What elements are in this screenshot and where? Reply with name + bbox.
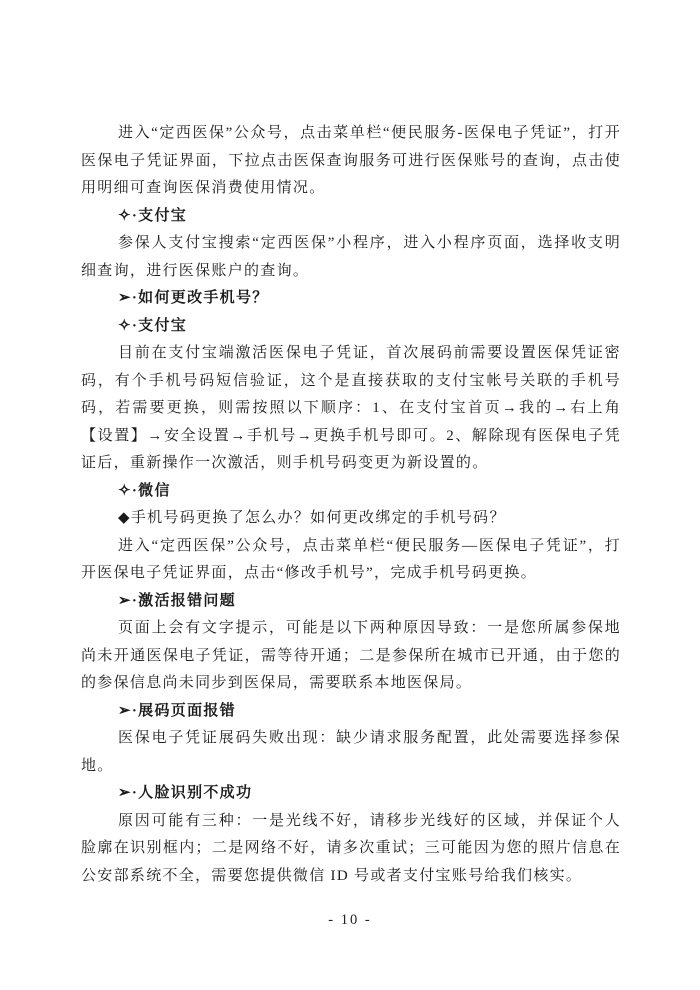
- paragraph-wechat-query: 进入“定西医保”公众号，点击菜单栏“便民服务-医保电子凭证”，打开医保电子凭证界…: [81, 120, 621, 203]
- document-page: 进入“定西医保”公众号，点击菜单栏“便民服务-医保电子凭证”，打开医保电子凭证界…: [0, 0, 700, 990]
- heading-alipay-2-label: 支付宝: [138, 318, 187, 334]
- arrowhead-icon: ➢·: [118, 593, 138, 609]
- arrowhead-icon: ➢·: [118, 785, 138, 801]
- heading-change-phone: ➢·如何更改手机号？: [81, 285, 621, 313]
- document-content: 进入“定西医保”公众号，点击菜单栏“便民服务-医保电子凭证”，打开医保电子凭证界…: [81, 120, 621, 890]
- paragraph-alipay-phone: 目前在支付宝端激活医保电子凭证，首次展码前需要设置医保凭证密码，有个手机号码短信…: [81, 340, 621, 478]
- heading-change-phone-label: 如何更改手机号？: [138, 290, 268, 306]
- four-pointed-star-icon: ✧·: [118, 318, 138, 334]
- paragraph-diamond-question: ◆手机号码更换了怎么办？如何更改绑定的手机号码？: [81, 505, 621, 533]
- black-diamond-icon: ◆: [118, 510, 131, 526]
- arrowhead-icon: ➢·: [118, 703, 138, 719]
- four-pointed-star-icon: ✧·: [118, 208, 138, 224]
- heading-alipay-1-label: 支付宝: [138, 208, 187, 224]
- paragraph-alipay-query: 参保人支付宝搜索“定西医保”小程序，进入小程序页面，选择收支明细查询，进行医保账…: [81, 230, 621, 285]
- heading-wechat: ✧·微信: [81, 478, 621, 506]
- paragraph-wechat-phone: 进入“定西医保”公众号，点击菜单栏“便民服务—医保电子凭证”，打开医保电子凭证界…: [81, 533, 621, 588]
- four-pointed-star-icon: ✧·: [118, 483, 138, 499]
- heading-qr-error: ➢·展码页面报错: [81, 698, 621, 726]
- heading-qr-error-label: 展码页面报错: [138, 703, 236, 719]
- heading-face-fail: ➢·人脸识别不成功: [81, 780, 621, 808]
- heading-face-fail-label: 人脸识别不成功: [138, 785, 252, 801]
- heading-alipay-2: ✧·支付宝: [81, 313, 621, 341]
- diamond-question-text: 手机号码更换了怎么办？如何更改绑定的手机号码？: [131, 510, 506, 526]
- paragraph-face-fail: 原因可能有三种：一是光线不好，请移步光线好的区域，并保证个人脸廓在识别框内；二是…: [81, 808, 621, 891]
- arrowhead-icon: ➢·: [118, 290, 138, 306]
- heading-wechat-label: 微信: [138, 483, 171, 499]
- heading-activation-error-label: 激活报错问题: [138, 593, 236, 609]
- paragraph-qr-error: 医保电子凭证展码失败出现：缺少请求服务配置，此处需要选择参保地。: [81, 725, 621, 780]
- heading-alipay-1: ✧·支付宝: [81, 203, 621, 231]
- page-number: - 10 -: [0, 912, 700, 929]
- paragraph-activation-error: 页面上会有文字提示，可能是以下两种原因导致：一是您所属参保地尚未开通医保电子凭证…: [81, 615, 621, 698]
- heading-activation-error: ➢·激活报错问题: [81, 588, 621, 616]
